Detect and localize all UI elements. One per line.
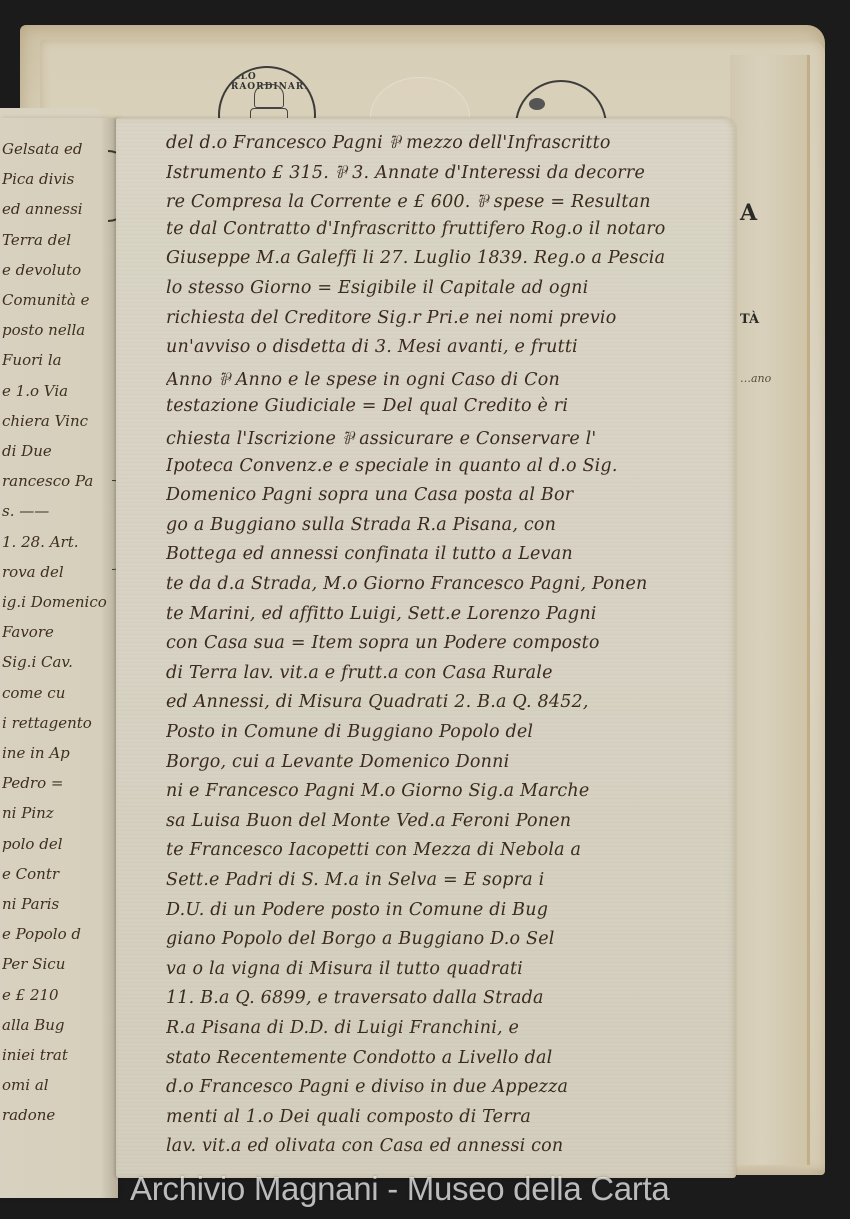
handwritten-line: va o la vigna di Misura il tutto quadrat… bbox=[166, 959, 736, 979]
left-handwritten-line: e 1.o Via bbox=[2, 382, 116, 400]
handwritten-line: di Terra lav. vit.a e frutt.a con Casa R… bbox=[166, 663, 736, 683]
handwritten-line: sa Luisa Buon del Monte Ved.a Feroni Pon… bbox=[166, 811, 736, 831]
archive-watermark: Archivio Magnani - Museo della Carta bbox=[130, 1170, 850, 1208]
handwritten-line: re Compresa la Corrente e £ 600. ⅌ spese… bbox=[166, 189, 736, 213]
handwritten-line: d.o Francesco Pagni e diviso in due Appe… bbox=[166, 1077, 736, 1097]
left-handwritten-line: ig.i Domenico bbox=[2, 593, 116, 611]
left-handwritten-line: rancesco Pa bbox=[2, 472, 116, 490]
handwritten-line: Domenico Pagni sopra una Casa posta al B… bbox=[166, 485, 736, 505]
handwritten-line: Ipoteca Convenz.e e speciale in quanto a… bbox=[166, 456, 736, 476]
handwritten-line: Anno ⅌ Anno e le spese in ogni Caso di C… bbox=[166, 367, 736, 391]
right-sheet-label-ano: …ano bbox=[740, 372, 771, 385]
right-sheet-label-ta: TÀ bbox=[740, 312, 759, 327]
crown-icon bbox=[254, 84, 284, 108]
handwritten-line: Posto in Comune di Buggiano Popolo del bbox=[166, 722, 736, 742]
left-handwritten-line: rova del bbox=[2, 563, 116, 581]
left-handwritten-line: chiera Vinc bbox=[2, 412, 116, 430]
left-handwritten-line: come cu bbox=[2, 684, 116, 702]
left-handwritten-line: Pica divis bbox=[2, 170, 116, 188]
figure-icon bbox=[529, 98, 545, 110]
handwritten-line: del d.o Francesco Pagni ⅌ mezzo dell'Inf… bbox=[166, 130, 736, 154]
left-handwritten-line: i rettagento bbox=[2, 714, 116, 732]
left-handwritten-line: e Popolo d bbox=[2, 925, 116, 943]
left-handwritten-line: 1. 28. Art. bbox=[2, 533, 116, 551]
handwritten-line: Borgo, cui a Levante Domenico Donni bbox=[166, 752, 736, 772]
left-handwritten-line: Sig.i Cav. bbox=[2, 653, 116, 671]
left-handwritten-line: Fuori la bbox=[2, 351, 116, 369]
handwritten-line: ni e Francesco Pagni M.o Giorno Sig.a Ma… bbox=[166, 781, 736, 801]
handwritten-line: menti al 1.o Dei quali composto di Terra bbox=[166, 1107, 736, 1127]
handwritten-line: lav. vit.a ed olivata con Casa ed anness… bbox=[166, 1136, 736, 1156]
handwritten-line: te dal Contratto d'Infrascritto fruttife… bbox=[166, 219, 736, 239]
handwritten-line: Bottega ed annessi confinata il tutto a … bbox=[166, 544, 736, 564]
left-handwritten-line: Pedro = bbox=[2, 774, 116, 792]
handwritten-line: Sett.e Padri di S. M.a in Selva = E sopr… bbox=[166, 870, 736, 890]
left-handwritten-line: ed annessi bbox=[2, 200, 116, 218]
left-handwritten-line: polo del bbox=[2, 835, 116, 853]
left-handwritten-line: posto nella bbox=[2, 321, 116, 339]
handwritten-line: te Marini, ed affitto Luigi, Sett.e Lore… bbox=[166, 604, 736, 624]
left-handwritten-line: iniei trat bbox=[2, 1046, 116, 1064]
left-handwritten-line: Favore bbox=[2, 623, 116, 641]
left-handwritten-line: Comunità e bbox=[2, 291, 116, 309]
handwritten-line: R.a Pisana di D.D. di Luigi Franchini, e bbox=[166, 1018, 736, 1038]
handwritten-line: 11. B.a Q. 6899, e traversato dalla Stra… bbox=[166, 988, 736, 1008]
handwritten-line: te da d.a Strada, M.o Giorno Francesco P… bbox=[166, 574, 736, 594]
handwritten-line: te Francesco Iacopetti con Mezza di Nebo… bbox=[166, 840, 736, 860]
left-handwritten-line: alla Bug bbox=[2, 1016, 116, 1034]
handwritten-line: stato Recentemente Condotto a Livello da… bbox=[166, 1048, 736, 1068]
left-handwritten-line: Terra del bbox=[2, 231, 116, 249]
left-handwritten-line: Per Sicu bbox=[2, 955, 116, 973]
left-handwritten-line: di Due bbox=[2, 442, 116, 460]
right-sheet-label-a: A bbox=[740, 200, 757, 226]
handwritten-line: testazione Giudiciale = Del qual Credito… bbox=[166, 396, 736, 416]
left-handwritten-line: e £ 210 bbox=[2, 986, 116, 1004]
handwritten-line: con Casa sua = Item sopra un Podere comp… bbox=[166, 633, 736, 653]
handwritten-line: giano Popolo del Borgo a Buggiano D.o Se… bbox=[166, 929, 736, 949]
left-handwritten-line: ni Paris bbox=[2, 895, 116, 913]
handwritten-line: lo stesso Giorno = Esigibile il Capitale… bbox=[166, 278, 736, 298]
left-handwritten-line: e devoluto bbox=[2, 261, 116, 279]
handwritten-line: Giuseppe M.a Galeffi li 27. Luglio 1839.… bbox=[166, 248, 736, 268]
handwritten-line: richiesta del Creditore Sig.r Pri.e nei … bbox=[166, 308, 736, 328]
left-handwritten-line: e Contr bbox=[2, 865, 116, 883]
handwritten-line: ed Annessi, di Misura Quadrati 2. B.a Q.… bbox=[166, 692, 736, 712]
left-handwritten-line: ine in Ap bbox=[2, 744, 116, 762]
left-handwritten-line: s. —— bbox=[2, 502, 116, 520]
left-handwritten-line: radone bbox=[2, 1106, 116, 1124]
handwritten-line: Istrumento £ 315. ⅌ 3. Annate d'Interess… bbox=[166, 160, 736, 184]
handwritten-line: un'avviso o disdetta di 3. Mesi avanti, … bbox=[166, 337, 736, 357]
left-handwritten-line: ni Pinz bbox=[2, 804, 116, 822]
left-handwritten-line: omi al bbox=[2, 1076, 116, 1094]
handwritten-line: go a Buggiano sulla Strada R.a Pisana, c… bbox=[166, 515, 736, 535]
handwritten-line: chiesta l'Iscrizione ⅌ assicurare e Cons… bbox=[166, 426, 736, 450]
left-handwritten-line: Gelsata ed bbox=[2, 140, 116, 158]
handwritten-line: D.U. di un Podere posto in Comune di Bug bbox=[166, 900, 736, 920]
